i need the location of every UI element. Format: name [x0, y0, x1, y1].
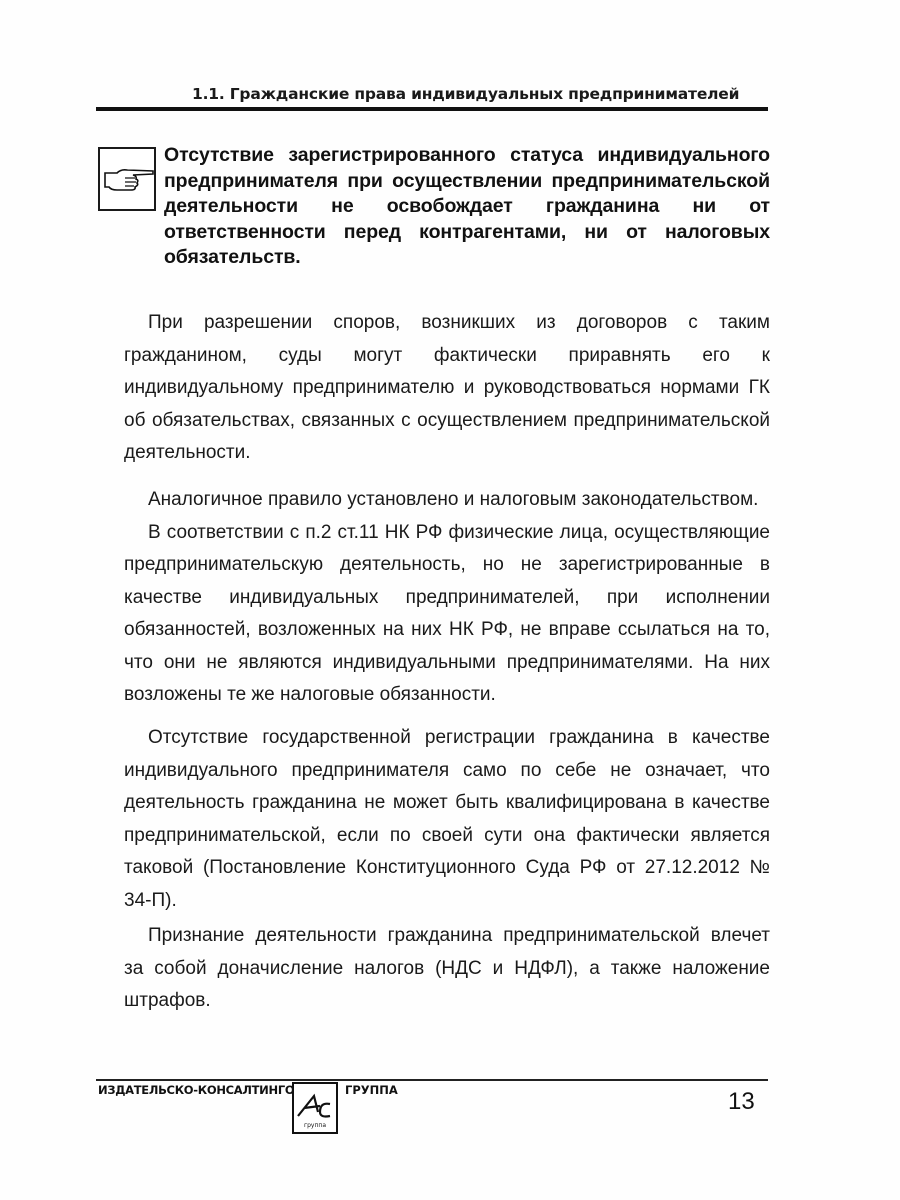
svg-text:группа: группа — [304, 1122, 326, 1129]
tax-section: Аналогичное правило установлено и налого… — [124, 484, 770, 712]
callout-note: Отсутствие зарегистрированного статуса и… — [98, 143, 770, 271]
footer-rule — [96, 1079, 768, 1081]
running-title: 1.1. Гражданские права индивидуальных пр… — [96, 84, 768, 104]
paragraph: Признание деятельности гражданина предпр… — [124, 920, 770, 1018]
paragraph-disputes: При разрешении споров, возникших из дого… — [124, 307, 770, 470]
constitutional-section: Отсутствие государственной регистрации г… — [124, 722, 770, 1018]
publisher-name-right: ГРУППА — [345, 1083, 398, 1097]
paragraph: В соответствии с п.2 ст.11 НК РФ физичес… — [124, 517, 770, 712]
callout-text: Отсутствие зарегистрированного статуса и… — [164, 143, 770, 271]
pointing-hand-icon — [98, 147, 156, 211]
publisher-logo: группа — [292, 1082, 338, 1134]
page-number: 13 — [728, 1088, 755, 1116]
paragraph: Аналогичное правило установлено и налого… — [124, 484, 770, 517]
paragraph: Отсутствие государственной регистрации г… — [124, 722, 770, 917]
running-header: 1.1. Гражданские права индивидуальных пр… — [96, 84, 768, 111]
header-rule — [96, 107, 768, 111]
publisher-name-left: ИЗДАТЕЛЬСКО-КОНСАЛТИНГОВАЯ — [98, 1083, 320, 1097]
paragraph: При разрешении споров, возникших из дого… — [124, 307, 770, 470]
